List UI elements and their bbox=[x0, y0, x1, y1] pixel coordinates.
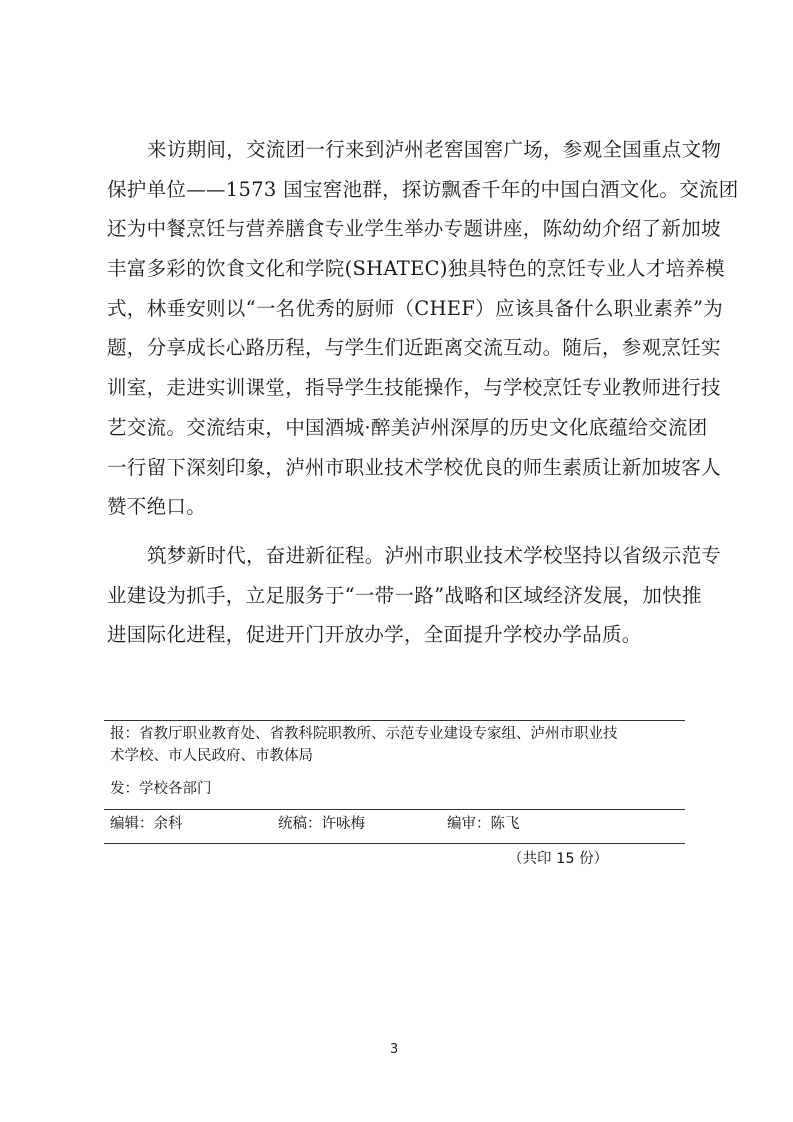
footer-middle-rule bbox=[104, 809, 685, 810]
text-line: 还为中餐烹饪与营养膳食专业学生举办专题讲座，陈幼幼介绍了新加坡 bbox=[107, 209, 687, 249]
body-paragraph-2: 筑梦新时代，奋进新征程。泸州市职业技术学校坚持以省级示范专 业建设为抓手，立足服… bbox=[107, 536, 687, 655]
reviewer: 编审：陈飞 bbox=[447, 812, 520, 833]
report-to-line-1: 报：省教厅职业教育处、省教科院职教所、示范专业建设专家组、泸州市职业技 bbox=[110, 722, 618, 743]
text-line: 一行留下深刻印象，泸州市职业技术学校优良的师生素质让新加坡客人 bbox=[107, 448, 687, 488]
text-line: 艺交流。交流结束，中国酒城·醉美泸州深厚的历史文化底蕴给交流团 bbox=[107, 408, 687, 448]
distribute-to: 发：学校各部门 bbox=[110, 777, 212, 798]
editor: 编辑：余科 bbox=[110, 812, 183, 833]
text-line: 业建设为抓手，立足服务于“一带一路”战略和区域经济发展，加快推 bbox=[107, 576, 687, 616]
compiler: 统稿：许咏梅 bbox=[278, 812, 365, 833]
text-line: 训室，走进实训课堂，指导学生技能操作，与学校烹饪专业教师进行技 bbox=[107, 368, 687, 408]
report-to-line-2: 术学校、市人民政府、市教体局 bbox=[110, 744, 313, 765]
text-line: 保护单位——1573 国宝窖池群，探访飘香千年的中国白酒文化。交流团 bbox=[107, 170, 687, 210]
print-count: （共印 15 份） bbox=[508, 847, 608, 868]
text-line: 丰富多彩的饮食文化和学院(SHATEC)独具特色的烹饪专业人才培养模 bbox=[107, 249, 687, 289]
text-line: 筑梦新时代，奋进新征程。泸州市职业技术学校坚持以省级示范专 bbox=[107, 536, 687, 576]
text-line: 题，分享成长心路历程，与学生们近距离交流互动。随后，参观烹饪实 bbox=[107, 328, 687, 368]
text-line: 来访期间，交流团一行来到泸州老窖国窖广场，参观全国重点文物 bbox=[107, 130, 687, 170]
footer-top-rule bbox=[104, 720, 685, 721]
page-number: 3 bbox=[390, 1042, 398, 1057]
text-line: 赞不绝口。 bbox=[107, 487, 687, 527]
text-line: 式，林垂安则以“一名优秀的厨师（CHEF）应该具备什么职业素养”为 bbox=[107, 289, 687, 329]
text-line: 进国际化进程，促进开门开放办学，全面提升学校办学品质。 bbox=[107, 615, 687, 655]
body-paragraph-1: 来访期间，交流团一行来到泸州老窖国窖广场，参观全国重点文物 保护单位——1573… bbox=[107, 130, 687, 527]
footer-bottom-rule bbox=[104, 843, 685, 844]
